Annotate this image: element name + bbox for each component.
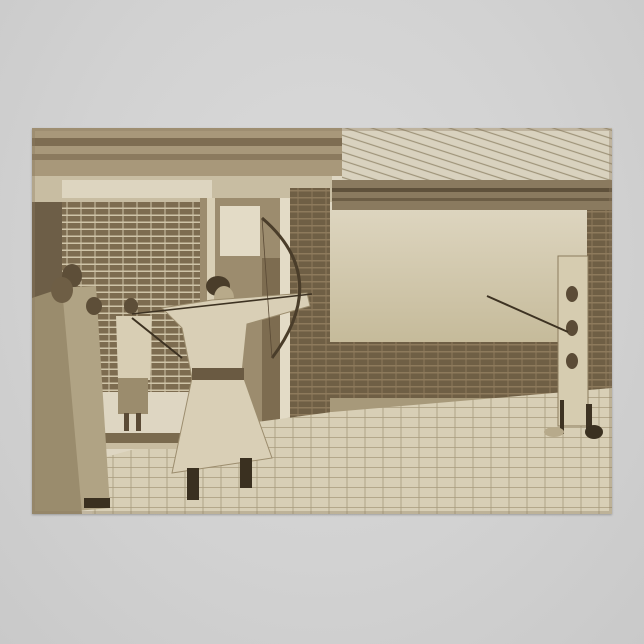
roof-eave [332, 180, 612, 210]
vintage-archer-photograph [32, 128, 612, 514]
tiled-roof [342, 128, 612, 188]
poster [0, 0, 644, 644]
